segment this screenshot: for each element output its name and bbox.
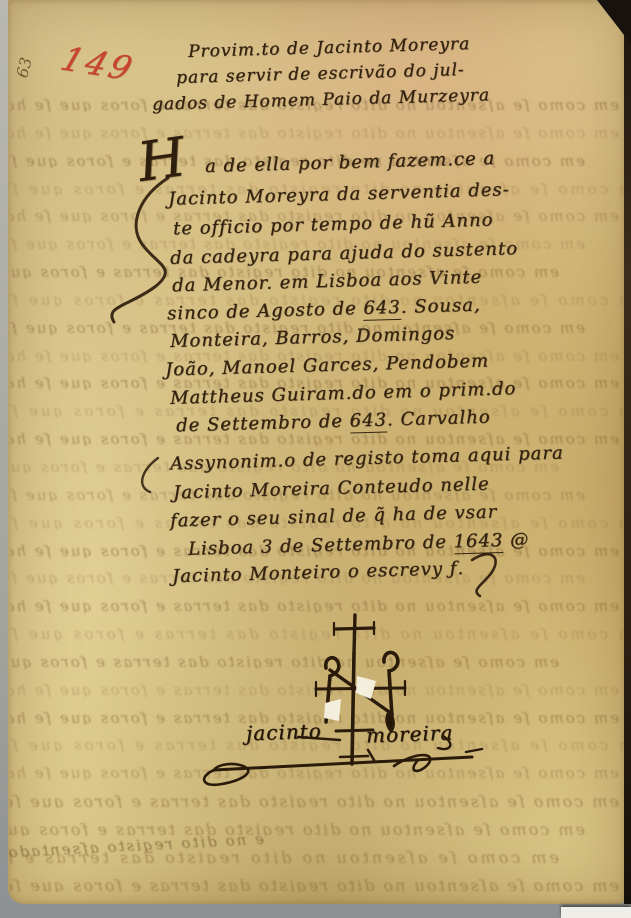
signature-first-name: jacinto (246, 719, 322, 746)
manuscript-scan: em como ſe aſsentou no dito registo das … (0, 0, 631, 918)
book-gutter-edge (624, 0, 631, 904)
flourished-initial: H (134, 125, 189, 194)
next-page-edge (561, 907, 631, 918)
signature-last-name: moreira (366, 720, 454, 747)
